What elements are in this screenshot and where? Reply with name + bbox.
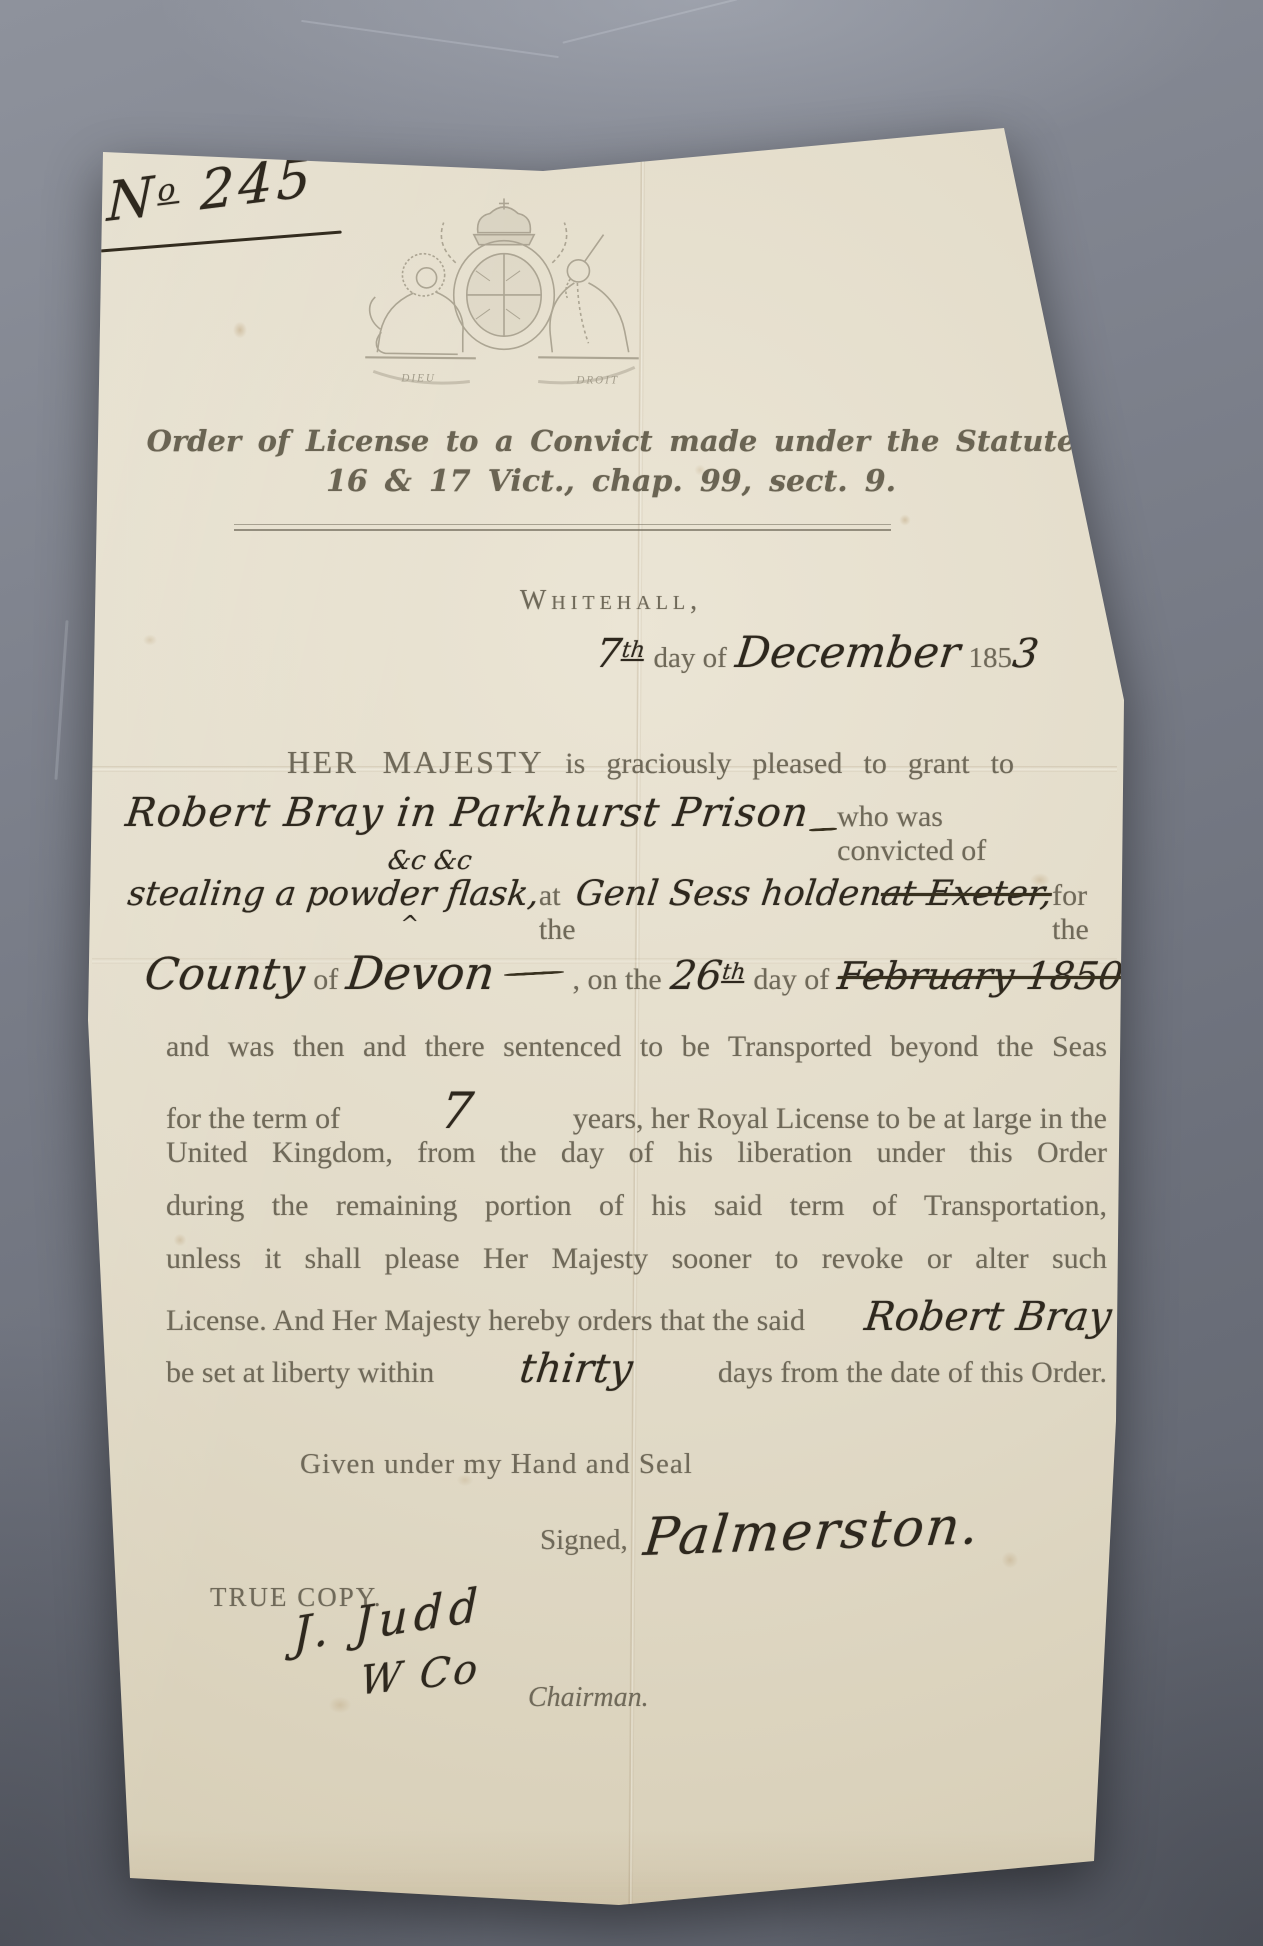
paper-shadow-wrap: No 245 [0, 0, 1263, 1946]
paper-edge-vignette [0, 0, 1263, 1946]
